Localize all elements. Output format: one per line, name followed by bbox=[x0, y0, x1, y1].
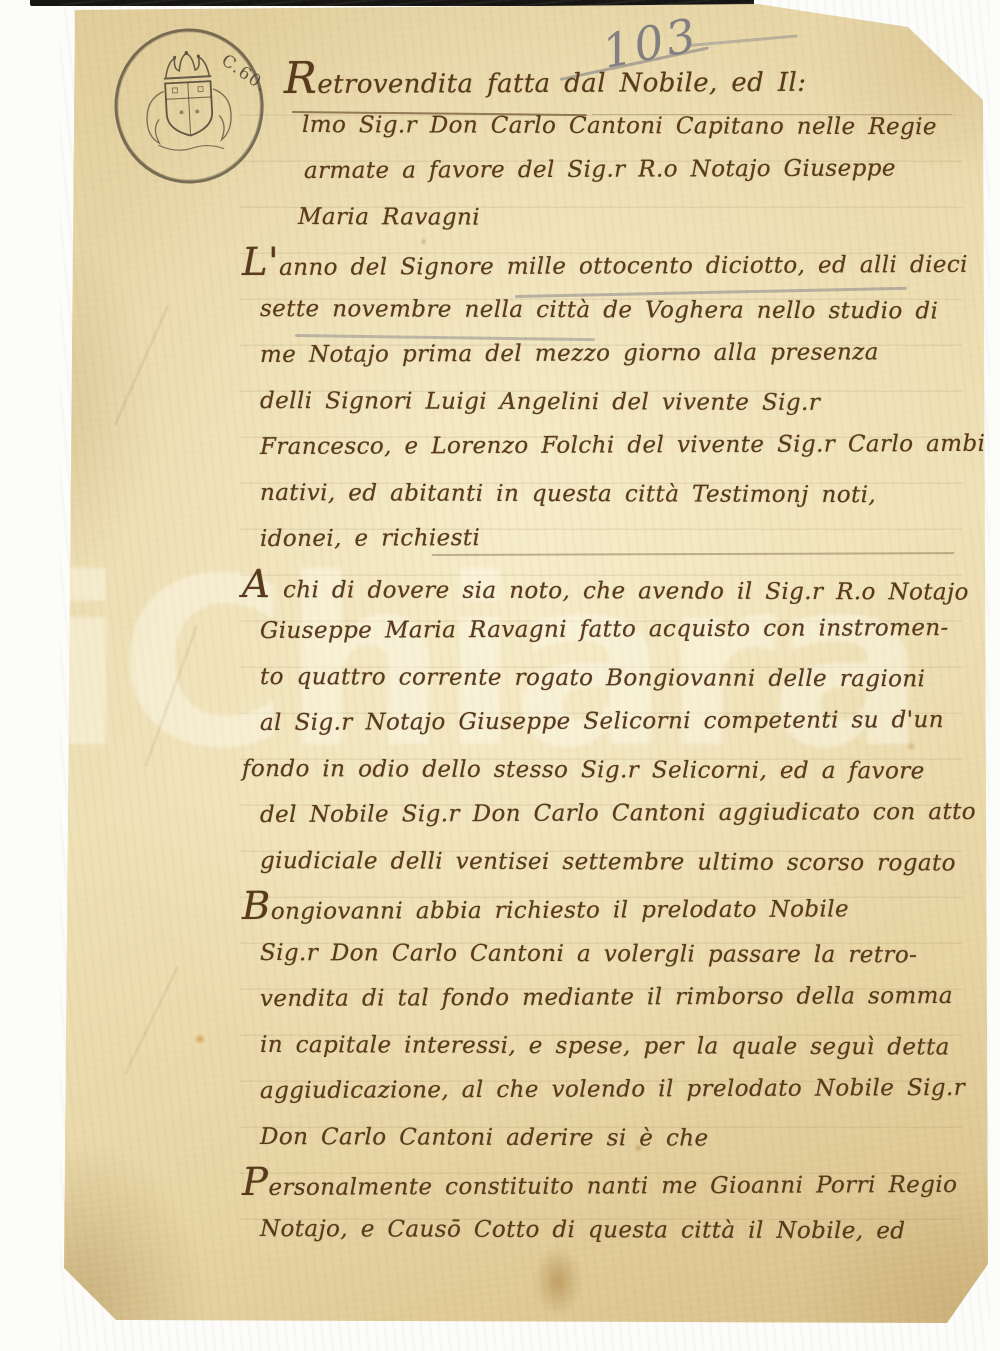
manuscript-line: fondo in odio dello stesso Sig.r Selicor… bbox=[242, 746, 972, 795]
manuscript-line: Personalmente constituito nanti me Gioan… bbox=[242, 1157, 972, 1206]
manuscript-line: sette novembre nella città de Voghera ne… bbox=[260, 286, 972, 334]
manuscript-line: armate a favore del Sig.r R.o Notajo Giu… bbox=[304, 145, 972, 194]
manuscript-line: idonei, e richiesti bbox=[260, 513, 972, 562]
manuscript-line: aggiudicazione, al che volendo il prelod… bbox=[260, 1065, 972, 1114]
manuscript-text: Retrovendita fatta dal Nobile, ed Il: lm… bbox=[248, 56, 972, 1252]
manuscript-line: Maria Ravagni bbox=[298, 194, 972, 242]
manuscript-line: A chi di dovere sia noto, che avendo il … bbox=[242, 562, 972, 611]
manuscript-line: delli Signori Luigi Angelini del vivente… bbox=[260, 378, 972, 426]
manuscript-line: nativi, ed abitanti in questa città Test… bbox=[260, 470, 972, 518]
manuscript-line: lmo Sig.r Don Carlo Cantoni Capitano nel… bbox=[302, 102, 972, 150]
manuscript-line: to quattro corrente rogato Bongiovanni d… bbox=[260, 654, 972, 702]
manuscript-line: L'anno del Signore mille ottocento dicio… bbox=[242, 237, 972, 286]
manuscript-line: del Nobile Sig.r Don Carlo Cantoni aggiu… bbox=[260, 789, 972, 838]
scanned-document: iChiara C.60. 103 Retrovendita fatta bbox=[0, 0, 1000, 1351]
manuscript-line: in capitale interessi, e spese, per la q… bbox=[260, 1022, 972, 1070]
manuscript-line: giudiciale delli ventisei settembre ulti… bbox=[260, 838, 972, 886]
manuscript-line: Giuseppe Maria Ravagni fatto acquisto co… bbox=[260, 605, 972, 654]
manuscript-line: Don Carlo Cantoni aderire si è che bbox=[260, 1114, 972, 1162]
manuscript-line: vendita di tal fondo mediante il rimbors… bbox=[260, 973, 972, 1022]
manuscript-line: Retrovendita fatta dal Nobile, ed Il: bbox=[284, 53, 972, 102]
manuscript-line: Sig.r Don Carlo Cantoni a volergli passa… bbox=[260, 930, 972, 978]
manuscript-line: me Notajo prima del mezzo giorno alla pr… bbox=[260, 329, 972, 378]
manuscript-line: Notajo, e Causō Cotto di questa città il… bbox=[260, 1206, 972, 1254]
manuscript-line: al Sig.r Notajo Giuseppe Selicorni compe… bbox=[260, 697, 972, 746]
manuscript-line: Bongiovanni abbia richiesto il prelodato… bbox=[242, 881, 972, 930]
manuscript-line: Francesco, e Lorenzo Folchi del vivente … bbox=[260, 421, 972, 470]
